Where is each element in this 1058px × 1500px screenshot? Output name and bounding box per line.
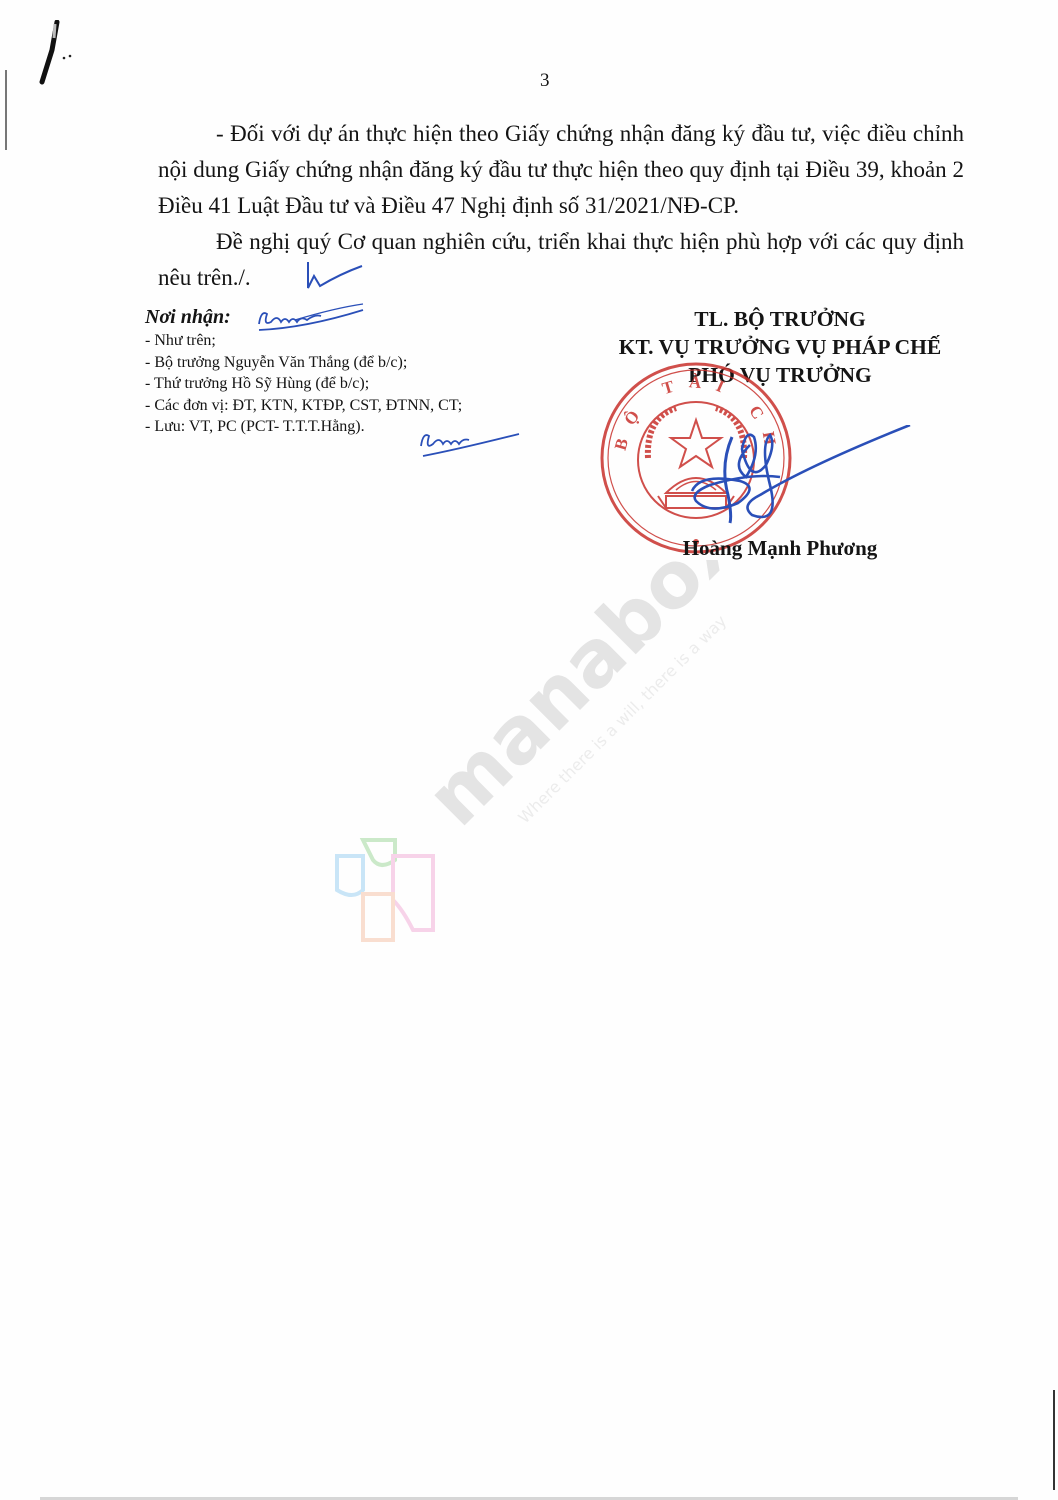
initials-archive-icon: [415, 420, 530, 460]
watermark-text-icon: manabox Where there is a will, there is …: [420, 560, 780, 860]
signer-authority: TL. BỘ TRƯỞNG: [580, 305, 980, 333]
paragraph-investment-certificate: - Đối với dự án thực hiện theo Giấy chứn…: [158, 116, 964, 224]
recipient-item: - Thứ trưởng Hồ Sỹ Hùng (để b/c);: [145, 373, 462, 395]
initials-mark-icon: [300, 256, 370, 292]
signer-department: KT. VỤ TRƯỞNG VỤ PHÁP CHẾ: [580, 333, 980, 361]
handwritten-signature-icon: [690, 425, 915, 535]
scan-edge-right: [1053, 1390, 1055, 1490]
paragraph-request: Đề nghị quý Cơ quan nghiên cứu, triển kh…: [158, 224, 964, 296]
document-page: 3 - Đối với dự án thực hiện theo Giấy ch…: [0, 0, 1058, 1500]
scan-edge-left: [5, 70, 7, 150]
recipient-item: - Bộ trưởng Nguyễn Văn Thắng (để b/c);: [145, 352, 462, 374]
pen-mark-icon: [30, 20, 90, 90]
signer-name: Hoàng Mạnh Phương: [580, 536, 980, 561]
watermark-logo-icon: [333, 830, 453, 950]
recipient-item: - Các đơn vị: ĐT, KTN, KTĐP, CST, ĐTNN, …: [145, 395, 462, 417]
svg-text:manabox: manabox: [420, 560, 758, 843]
initials-signature-icon: [255, 300, 370, 336]
page-number: 3: [540, 70, 550, 92]
